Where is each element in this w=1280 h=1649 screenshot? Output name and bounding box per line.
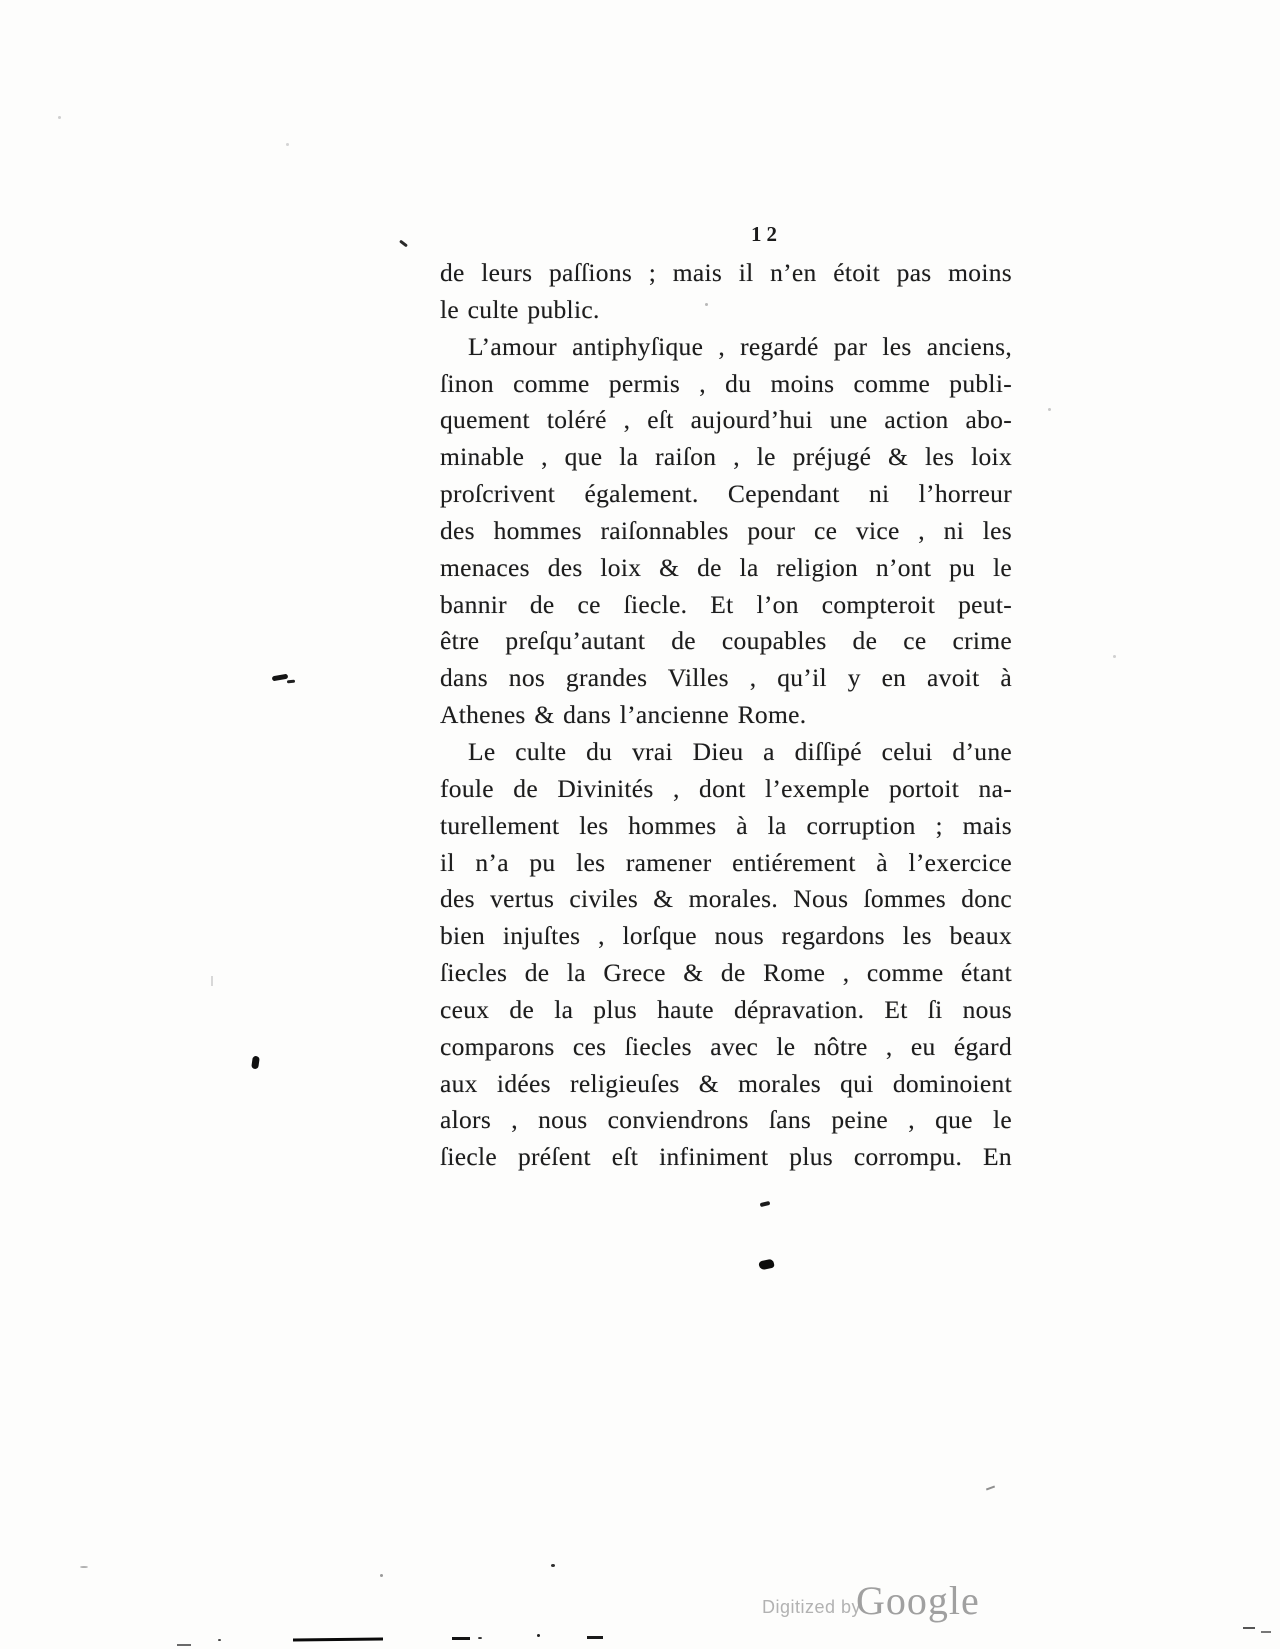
ink-speck: [251, 1056, 260, 1070]
text-line: alors , nous conviendrons ſans peine , q…: [440, 1102, 1012, 1139]
text-line: Athenes & dans l’ancienne Rome.: [440, 697, 1012, 734]
scan-artifact: [537, 1634, 540, 1637]
text-line: être preſqu’autant de coupables de ce cr…: [440, 623, 1012, 660]
dust-speck: [80, 1566, 88, 1568]
dust-speck: [380, 1574, 383, 1577]
google-logo: Google: [856, 1577, 980, 1624]
dust-speck: [705, 303, 708, 306]
text-line: bien injuſtes , lorſque nous regardons l…: [440, 918, 1012, 955]
scan-artifact: [177, 1644, 191, 1646]
scan-artifact: [218, 1639, 221, 1641]
text-line: ceux de la plus haute dépravation. Et ſi…: [440, 992, 1012, 1029]
page-text-block: de leurs paſſions ; mais il n’en étoit p…: [440, 255, 1012, 1176]
text-line: ſiecles de la Grece & de Rome , comme ét…: [440, 955, 1012, 992]
text-line: minable , que la raiſon , le préjugé & l…: [440, 439, 1012, 476]
text-line: de leurs paſſions ; mais il n’en étoit p…: [440, 255, 1012, 292]
ink-speck: [287, 680, 295, 684]
dust-speck: [986, 1486, 995, 1491]
text-line: comparons ces ſiecles avec le nôtre , eu…: [440, 1029, 1012, 1066]
scan-artifact: [478, 1637, 482, 1639]
dust-speck: [58, 116, 61, 119]
text-line: turellement les hommes à la corruption ;…: [440, 808, 1012, 845]
scan-artifact: [452, 1637, 470, 1640]
dust-speck: [1113, 655, 1116, 658]
dust-speck: [211, 976, 213, 986]
text-line: dans nos grandes Villes , qu’il y en avo…: [440, 660, 1012, 697]
scan-artifact: [551, 1564, 555, 1567]
scan-artifact: [587, 1636, 603, 1639]
text-line: ſinon comme permis , du moins comme publ…: [440, 366, 1012, 403]
digitized-by-label: Digitized by: [762, 1597, 861, 1618]
scan-artifact: [1261, 1631, 1271, 1633]
scanned-book-page: 12 de leurs paſſions ; mais il n’en étoi…: [0, 0, 1280, 1649]
page-number: 12: [751, 222, 782, 247]
text-line: quement toléré , eſt aujourd’hui une act…: [440, 402, 1012, 439]
text-line: il n’a pu les ramener entiérement à l’ex…: [440, 845, 1012, 882]
text-line: le culte public.: [440, 292, 1012, 329]
text-line: bannir de ce ſiecle. Et l’on compteroit …: [440, 587, 1012, 624]
text-line: proſcrivent également. Cependant ni l’ho…: [440, 476, 1012, 513]
ink-speck: [758, 1259, 775, 1271]
ink-speck: [760, 1201, 771, 1207]
scan-artifact: [1243, 1627, 1255, 1629]
scan-artifact: [293, 1638, 383, 1641]
dust-speck: [286, 143, 289, 146]
text-line: aux idées religieuſes & morales qui domi…: [440, 1066, 1012, 1103]
dust-speck: [1048, 408, 1051, 411]
text-line: foule de Divinités , dont l’exemple port…: [440, 771, 1012, 808]
ink-speck: [272, 674, 289, 682]
ink-speck: [399, 240, 408, 248]
text-line: L’amour antiphyſique , regardé par les a…: [440, 329, 1012, 366]
text-line: ſiecle préſent eſt infiniment plus corro…: [440, 1139, 1012, 1176]
text-line: des vertus civiles & morales. Nous ſomme…: [440, 881, 1012, 918]
text-line: Le culte du vrai Dieu a diſſipé celui d’…: [440, 734, 1012, 771]
text-line: des hommes raiſonnables pour ce vice , n…: [440, 513, 1012, 550]
text-line: menaces des loix & de la religion n’ont …: [440, 550, 1012, 587]
